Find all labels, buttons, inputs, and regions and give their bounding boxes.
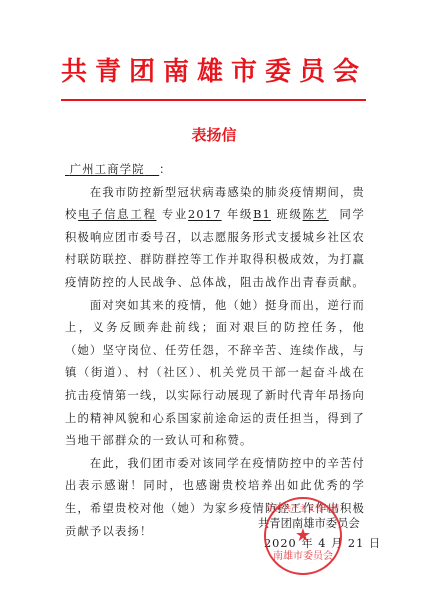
recipient-name: 广州工商学院 — [65, 163, 159, 176]
year-field: 2017 — [188, 208, 222, 221]
class-field: B1 — [253, 208, 271, 221]
signature-organization: 共青团南雄市委员会 — [258, 514, 381, 534]
salutation: 广州工商学院 ： — [65, 159, 365, 182]
major-field: 电子信息工程 — [78, 208, 156, 221]
signature-date: 2020 年 4 月 21 日 — [258, 534, 381, 554]
signature-block: 共青团南雄市委员会 2020 年 4 月 21 日 — [258, 514, 381, 554]
paragraph-2: 面对突如其来的疫情，他（她）挺身而出，逆行而上，义务反顾奔赴前线；面对艰巨的防控… — [65, 295, 365, 453]
paragraph-1: 在我市防控新型冠状病毒感染的肺炎疫情期间，贵校电子信息工程 专业2017 年级B… — [65, 182, 365, 295]
letter-body: 广州工商学院 ： 在我市防控新型冠状病毒感染的肺炎疫情期间，贵校电子信息工程 专… — [65, 159, 365, 543]
issuing-organization-title: 共青团南雄市委员会 — [0, 56, 428, 88]
document-title: 表扬信 — [0, 124, 428, 145]
student-name-field: 陈艺 — [303, 208, 329, 221]
red-divider-line — [61, 99, 366, 101]
salutation-colon: ： — [159, 163, 172, 176]
